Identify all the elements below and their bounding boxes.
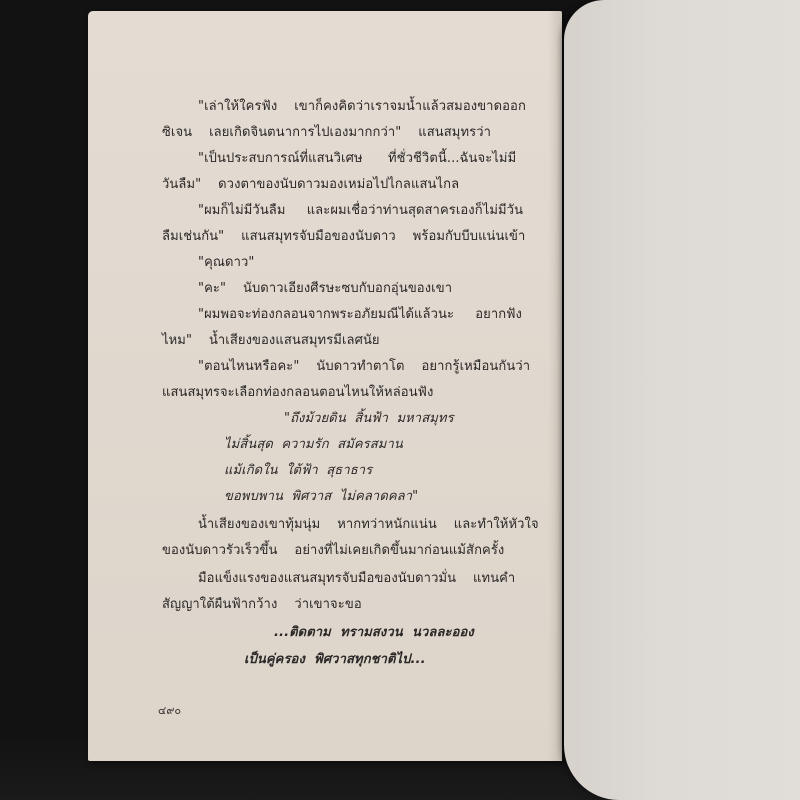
- paragraph-line: ซิเจน เลยเกิดจินตนาการไปเองมากกว่า" แสนส…: [162, 121, 491, 142]
- paragraph-line: สัญญาใต้ผืนฟ้ากว้าง ว่าเขาจะขอ: [162, 593, 362, 614]
- paragraph-line: ของนับดาวรัวเร็วขึ้น อย่างที่ไม่เคยเกิดข…: [162, 539, 504, 560]
- paragraph-line: แสนสมุทรจะเลือกท่องกลอนตอนไหนให้หล่อนฟัง: [162, 381, 433, 402]
- paragraph-line: "ตอนไหนหรือคะ" นับดาวทำตาโต อยากรู้เหมือ…: [198, 355, 530, 376]
- page-text: "เล่าให้ใครฟัง เขาก็คงคิดว่าเราจมน้ำแล้ว…: [88, 11, 562, 761]
- paragraph-line: "ผมพอจะท่องกลอนจากพระอภัยมณีได้แล้วนะ อย…: [198, 303, 522, 324]
- paragraph-line: ลืมเช่นกัน" แสนสมุทรจับมือของนับดาว พร้อ…: [162, 225, 525, 246]
- poem-line: ไม่สิ้นสุด ความรัก สมัครสมาน: [224, 433, 403, 454]
- closing-line: ...ติดตาม ทรามสงวน นวลละออง: [274, 621, 474, 642]
- left-page: "เล่าให้ใครฟัง เขาก็คงคิดว่าเราจมน้ำแล้ว…: [88, 11, 562, 761]
- paragraph-line: น้ำเสียงของเขาทุ้มนุ่ม หากทว่าหนักแน่น แ…: [198, 513, 539, 534]
- paragraph-line: "คุณดาว": [198, 251, 254, 272]
- paragraph-line: "คะ" นับดาวเอียงศีรษะซบกับอกอุ่นของเขา: [198, 277, 452, 298]
- paragraph-line: "เป็นประสบการณ์ที่แสนวิเศษ ที่ชั่วชีวิตน…: [198, 147, 516, 168]
- paragraph-line: "ผมก็ไม่มีวันลืม และผมเชื่อว่าท่านสุดสาค…: [198, 199, 523, 220]
- paragraph-line: วันลืม" ดวงตาของนับดาวมองเหม่อไปไกลแสนไก…: [162, 173, 459, 194]
- paragraph-line: "เล่าให้ใครฟัง เขาก็คงคิดว่าเราจมน้ำแล้ว…: [198, 95, 526, 116]
- page-number: ๔๙๐: [158, 701, 181, 719]
- poem-line: แม้เกิดใน ใต้ฟ้า สุธาธาร: [224, 459, 372, 480]
- right-page: [564, 0, 800, 800]
- paragraph-line: มือแข็งแรงของแสนสมุทรจับมือของนับดาวมั่น…: [198, 567, 515, 588]
- paragraph-line: ไหม" น้ำเสียงของแสนสมุทรมีเลศนัย: [162, 329, 380, 350]
- closing-line: เป็นคู่ครอง พิศวาสทุกชาติไป...: [244, 648, 426, 669]
- poem-line: "ถึงม้วยดิน สิ้นฟ้า มหาสมุทร: [284, 407, 454, 428]
- poem-line: ขอพบพาน พิศวาส ไม่คลาดคลา": [224, 485, 418, 506]
